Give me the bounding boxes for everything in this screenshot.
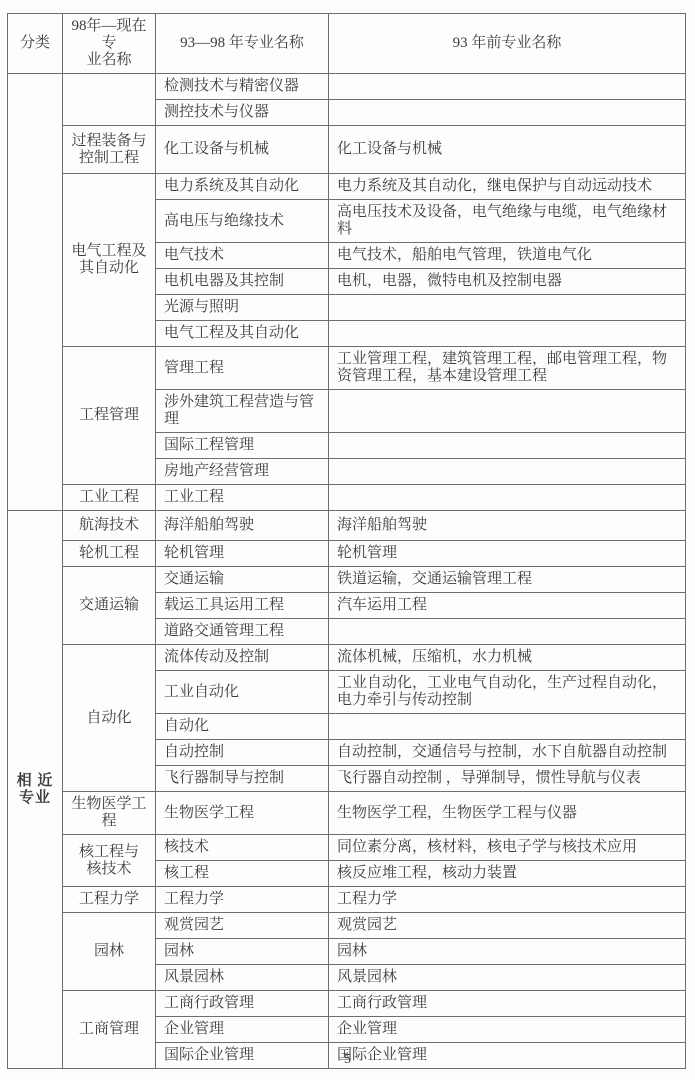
major-93-98-cell: 核工程 <box>156 861 329 887</box>
major-93-98-cell: 测控技术与仪器 <box>156 100 329 126</box>
major-pre-93-cell <box>329 100 686 126</box>
major-pre-93-cell: 轮机管理 <box>329 541 686 567</box>
major-group-cell: 过程装备与控制工程 <box>63 126 156 174</box>
major-pre-93-cell: 企业管理 <box>329 1017 686 1043</box>
major-group-cell: 工程力学 <box>63 887 156 913</box>
major-group-cell: 轮机工程 <box>63 541 156 567</box>
major-pre-93-cell <box>329 321 686 347</box>
major-pre-93-cell <box>329 74 686 100</box>
table-row: 交通运输 交通运输 铁道运输，交通运输管理工程 <box>8 567 686 593</box>
table-row: 轮机工程 轮机管理 轮机管理 <box>8 541 686 567</box>
header-pre-93: 93 年前专业名称 <box>329 14 686 74</box>
major-93-98-cell: 电气技术 <box>156 243 329 269</box>
major-93-98-cell: 自动控制 <box>156 740 329 766</box>
major-pre-93-cell: 电气技术，船舶电气管理，铁道电气化 <box>329 243 686 269</box>
header-93-98: 93—98 年专业名称 <box>156 14 329 74</box>
major-93-98-cell: 流体传动及控制 <box>156 645 329 671</box>
major-93-98-cell: 工业工程 <box>156 485 329 511</box>
table-row: 工业工程 工业工程 <box>8 485 686 511</box>
major-93-98-cell: 道路交通管理工程 <box>156 619 329 645</box>
major-pre-93-cell: 工程力学 <box>329 887 686 913</box>
major-pre-93-cell: 电机，电器，微特电机及控制电器 <box>329 269 686 295</box>
major-93-98-cell: 高电压与绝缘技术 <box>156 200 329 243</box>
table-row: 工程力学 工程力学 工程力学 <box>8 887 686 913</box>
major-93-98-cell: 风景园林 <box>156 965 329 991</box>
major-pre-93-cell: 园林 <box>329 939 686 965</box>
major-group-cell: 工程管理 <box>63 347 156 485</box>
major-group-cell: 航海技术 <box>63 511 156 541</box>
major-group-cell: 交通运输 <box>63 567 156 645</box>
major-93-98-cell: 电力系统及其自动化 <box>156 174 329 200</box>
major-93-98-cell: 园林 <box>156 939 329 965</box>
major-group-cell: 自动化 <box>63 645 156 792</box>
table-row: 检测技术与精密仪器 <box>8 74 686 100</box>
table-row: 自动化 流体传动及控制 流体机械，压缩机，水力机械 <box>8 645 686 671</box>
major-group-cell: 园林 <box>63 913 156 991</box>
category-group-cell: 相 近 专业 <box>8 511 63 1069</box>
major-pre-93-cell <box>329 295 686 321</box>
table-row: 相 近 专业 航海技术 海洋船舶驾驶 海洋船舶驾驶 <box>8 511 686 541</box>
major-pre-93-cell: 汽车运用工程 <box>329 593 686 619</box>
major-93-98-cell: 房地产经营管理 <box>156 459 329 485</box>
major-pre-93-cell: 高电压技术及设备，电气绝缘与电缆，电气绝缘材料 <box>329 200 686 243</box>
major-93-98-cell: 观赏园艺 <box>156 913 329 939</box>
major-93-98-cell: 光源与照明 <box>156 295 329 321</box>
major-pre-93-cell <box>329 433 686 459</box>
table-header-row: 分类 98年—现在专 业名称 93—98 年专业名称 93 年前专业名称 <box>8 14 686 74</box>
table-row: 电气工程及其自动化 电力系统及其自动化 电力系统及其自动化，继电保护与自动远动技… <box>8 174 686 200</box>
major-pre-93-cell <box>329 714 686 740</box>
major-93-98-cell: 交通运输 <box>156 567 329 593</box>
major-93-98-cell: 工商行政管理 <box>156 991 329 1017</box>
header-category: 分类 <box>8 14 63 74</box>
major-93-98-cell: 工程力学 <box>156 887 329 913</box>
major-group-cell <box>63 74 156 126</box>
table-row: 生物医学工程 生物医学工程 生物医学工程，生物医学工程与仪器 <box>8 792 686 835</box>
major-93-98-cell: 涉外建筑工程营造与管理 <box>156 390 329 433</box>
major-group-cell: 核工程与 核技术 <box>63 835 156 887</box>
major-pre-93-cell: 生物医学工程，生物医学工程与仪器 <box>329 792 686 835</box>
major-pre-93-cell: 核反应堆工程，核动力装置 <box>329 861 686 887</box>
major-group-cell: 电气工程及其自动化 <box>63 174 156 347</box>
major-93-98-cell: 化工设备与机械 <box>156 126 329 174</box>
major-93-98-cell: 管理工程 <box>156 347 329 390</box>
major-pre-93-cell: 工业自动化，工业电气自动化，生产过程自动化，电力牵引与传动控制 <box>329 671 686 714</box>
table-row: 过程装备与控制工程 化工设备与机械 化工设备与机械 <box>8 126 686 174</box>
major-pre-93-cell <box>329 485 686 511</box>
major-93-98-cell: 企业管理 <box>156 1017 329 1043</box>
major-93-98-cell: 生物医学工程 <box>156 792 329 835</box>
major-93-98-cell: 工业自动化 <box>156 671 329 714</box>
major-93-98-cell: 载运工具运用工程 <box>156 593 329 619</box>
major-pre-93-cell <box>329 619 686 645</box>
major-pre-93-cell: 风景园林 <box>329 965 686 991</box>
major-group-cell: 生物医学工程 <box>63 792 156 835</box>
major-pre-93-cell: 自动控制，交通信号与控制，水下自航器自动控制 <box>329 740 686 766</box>
major-pre-93-cell <box>329 390 686 433</box>
category-group-cell <box>8 74 63 511</box>
major-93-98-cell: 检测技术与精密仪器 <box>156 74 329 100</box>
major-93-98-cell: 飞行器制导与控制 <box>156 766 329 792</box>
major-pre-93-cell <box>329 459 686 485</box>
table-row: 园林 观赏园艺 观赏园艺 <box>8 913 686 939</box>
major-pre-93-cell: 观赏园艺 <box>329 913 686 939</box>
table-row: 工商管理 工商行政管理 工商行政管理 <box>8 991 686 1017</box>
major-pre-93-cell: 电力系统及其自动化，继电保护与自动远动技术 <box>329 174 686 200</box>
major-93-98-cell: 海洋船舶驾驶 <box>156 511 329 541</box>
major-pre-93-cell: 工商行政管理 <box>329 991 686 1017</box>
major-93-98-cell: 国际工程管理 <box>156 433 329 459</box>
header-98-now: 98年—现在专 业名称 <box>63 14 156 74</box>
table-row: 工程管理 管理工程 工业管理工程，建筑管理工程，邮电管理工程，物资管理工程，基本… <box>8 347 686 390</box>
major-93-98-cell: 轮机管理 <box>156 541 329 567</box>
major-pre-93-cell: 同位素分离，核材料，核电子学与核技术应用 <box>329 835 686 861</box>
majors-mapping-table: 分类 98年—现在专 业名称 93—98 年专业名称 93 年前专业名称 检测技… <box>7 13 686 1069</box>
table-row: 核工程与 核技术 核技术 同位素分离，核材料，核电子学与核技术应用 <box>8 835 686 861</box>
major-93-98-cell: 自动化 <box>156 714 329 740</box>
major-93-98-cell: 核技术 <box>156 835 329 861</box>
major-pre-93-cell: 流体机械，压缩机，水力机械 <box>329 645 686 671</box>
major-pre-93-cell: 铁道运输，交通运输管理工程 <box>329 567 686 593</box>
major-pre-93-cell: 化工设备与机械 <box>329 126 686 174</box>
major-93-98-cell: 电机电器及其控制 <box>156 269 329 295</box>
major-pre-93-cell: 工业管理工程，建筑管理工程，邮电管理工程，物资管理工程，基本建设管理工程 <box>329 347 686 390</box>
major-93-98-cell: 电气工程及其自动化 <box>156 321 329 347</box>
page-number: 5 <box>0 1052 695 1068</box>
major-pre-93-cell: 海洋船舶驾驶 <box>329 511 686 541</box>
major-group-cell: 工业工程 <box>63 485 156 511</box>
major-pre-93-cell: 飞行器自动控制 ，导弹制导，惯性导航与仪表 <box>329 766 686 792</box>
